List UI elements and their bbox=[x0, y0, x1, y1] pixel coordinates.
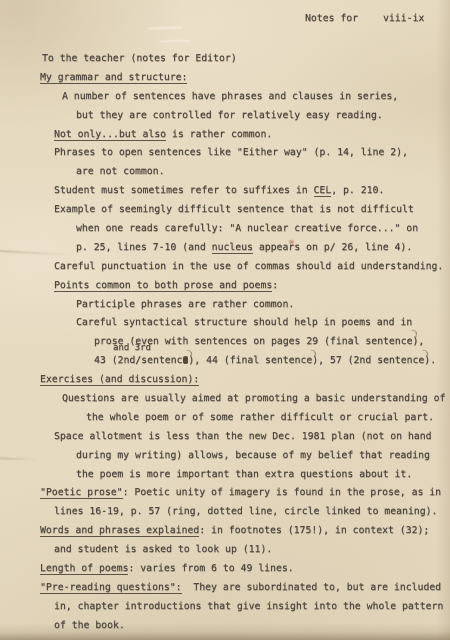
typed-line: "Pre-reading questions": They are subord… bbox=[40, 579, 450, 598]
typed-line: during my writing) allows, because of my… bbox=[76, 447, 450, 466]
typed-line: but they are controlled for relatively e… bbox=[76, 107, 450, 126]
pencil-mark bbox=[421, 350, 428, 358]
text-run: appears on p/ 26, line 4). bbox=[253, 242, 412, 253]
text-run: : Poetic unity of imagery is found in th… bbox=[123, 487, 442, 498]
typed-line: Questions are usually aimed at promoting… bbox=[62, 390, 450, 409]
text-run: is rather common. bbox=[166, 129, 272, 140]
text-run: Participle phrases are rather common. bbox=[76, 299, 294, 310]
text-run: Example of seemingly difficult sentence … bbox=[54, 204, 414, 215]
typed-line: To the teacher (notes for Editor) bbox=[42, 50, 450, 69]
text-run: in, chapter introductions that give insi… bbox=[54, 601, 443, 612]
typed-line: Points common to both prose and poems: bbox=[54, 277, 450, 296]
header-notes-for-label: Notes for bbox=[305, 9, 358, 28]
text-run: Phrases to open sentences like "Either w… bbox=[54, 147, 408, 158]
typed-line: p. 25, lines 7-10 (and nucleus appears o… bbox=[76, 239, 450, 258]
typed-line: of the book. bbox=[54, 617, 450, 636]
erased-pencil-mark bbox=[160, 40, 190, 43]
typed-line: Space allotment is less than the new Dec… bbox=[54, 428, 450, 447]
typed-line: Participle phrases are rather common. bbox=[76, 296, 450, 315]
text-run: : in footnotes (175!), in context (32); bbox=[199, 525, 429, 536]
text-run: p. 25, lines 7-10 (and bbox=[76, 242, 212, 253]
interline-insertion: and 3rd bbox=[113, 343, 151, 353]
text-run: during my writing) allows, because of my… bbox=[76, 450, 430, 461]
text-run: Space allotment is less than the new Dec… bbox=[54, 431, 432, 442]
underlined-text: Exercises (and discussion): bbox=[40, 374, 199, 386]
header-page-reference: viii-ix bbox=[383, 9, 424, 28]
underlined-text: My grammar and structure: bbox=[40, 72, 187, 84]
typed-line: Example of seemingly difficult sentence … bbox=[54, 201, 450, 220]
typed-line: My grammar and structure: bbox=[40, 69, 450, 88]
typed-line: Words and phrases explained: in footnote… bbox=[40, 522, 450, 541]
typed-document: To the teacher (notes for Editor)My gram… bbox=[40, 50, 450, 636]
text-run: : varies from 6 to 49 lines. bbox=[128, 563, 293, 574]
text-run: : bbox=[272, 280, 278, 291]
typed-line: A number of sentences have phrases and c… bbox=[62, 88, 450, 107]
text-run: the whole poem or of some rather difficu… bbox=[86, 412, 434, 423]
ink-overstrike-blob bbox=[183, 356, 188, 364]
text-run: the poem is more important than extra qu… bbox=[76, 469, 412, 480]
typed-line: Length of poems: varies from 6 to 49 lin… bbox=[40, 560, 450, 579]
typed-line: in, chapter introductions that give insi… bbox=[54, 598, 450, 617]
typed-line: the poem is more important than extra qu… bbox=[76, 466, 450, 485]
text-run: , p. 210. bbox=[331, 185, 384, 196]
text-run: Questions are usually aimed at promoting… bbox=[62, 393, 445, 404]
pencil-mark bbox=[309, 350, 316, 358]
text-run: They are subordinated to, but are includ… bbox=[182, 582, 442, 593]
underlined-text: Length of poems bbox=[40, 563, 128, 575]
typed-line: the whole poem or of some rather difficu… bbox=[86, 409, 450, 428]
text-run: Careful punctuation in the use of commas… bbox=[54, 261, 443, 272]
underlined-text: "Poetic prose" bbox=[40, 487, 123, 499]
typed-line: "Poetic prose": Poetic unity of imagery … bbox=[40, 484, 450, 503]
typed-line: Student must sometimes refer to suffixes… bbox=[54, 182, 450, 201]
text-run: but they are controlled for relatively e… bbox=[76, 110, 383, 121]
paper-crease bbox=[0, 457, 40, 460]
underlined-text: "Pre-reading questions": bbox=[40, 582, 182, 594]
underlined-text: CEL bbox=[314, 185, 332, 197]
text-run: 43 (2nd/sentence), 44 (final sentence), … bbox=[94, 355, 436, 366]
underlined-text: Points common to both prose and poems bbox=[54, 280, 272, 292]
typed-line: lines 16-19, p. 57 (ring, dotted line, c… bbox=[54, 503, 450, 522]
text-run: To the teacher (notes for Editor) bbox=[42, 53, 237, 64]
typed-line: 43 (2nd/sentence), 44 (final sentence), … bbox=[94, 352, 450, 371]
typed-line: Not only...but also is rather common. bbox=[54, 126, 450, 145]
text-run: Student must sometimes refer to suffixes… bbox=[54, 185, 314, 196]
typed-line: Exercises (and discussion): bbox=[40, 371, 450, 390]
text-run: when one reads carefully: "A nuclear cre… bbox=[76, 223, 418, 234]
text-run: A number of sentences have phrases and c… bbox=[62, 91, 398, 102]
underlined-text: nucleus bbox=[212, 242, 253, 254]
paper-stain bbox=[289, 240, 294, 244]
typed-line: are not common. bbox=[76, 163, 450, 182]
text-run: are not common. bbox=[76, 166, 164, 177]
typed-line: Careful syntactical structure should hel… bbox=[76, 314, 450, 333]
pencil-mark bbox=[410, 330, 417, 338]
typed-line: when one reads carefully: "A nuclear cre… bbox=[76, 220, 450, 239]
text-run: and student is asked to look up (11). bbox=[54, 544, 272, 555]
text-run: of the book. bbox=[54, 620, 125, 631]
text-run: Careful syntactical structure should hel… bbox=[76, 317, 412, 328]
underlined-text: Words and phrases explained bbox=[40, 525, 199, 537]
typed-line: and student is asked to look up (11). bbox=[54, 541, 450, 560]
typed-line: Careful punctuation in the use of commas… bbox=[54, 258, 450, 277]
erased-pencil-mark bbox=[148, 26, 182, 29]
underlined-text: Not only...but also bbox=[54, 129, 166, 141]
paper-sheet: Notes for viii-ix To the teacher (notes … bbox=[0, 0, 450, 640]
text-run: lines 16-19, p. 57 (ring, dotted line, c… bbox=[54, 506, 437, 517]
typed-line: Phrases to open sentences like "Either w… bbox=[54, 144, 450, 163]
